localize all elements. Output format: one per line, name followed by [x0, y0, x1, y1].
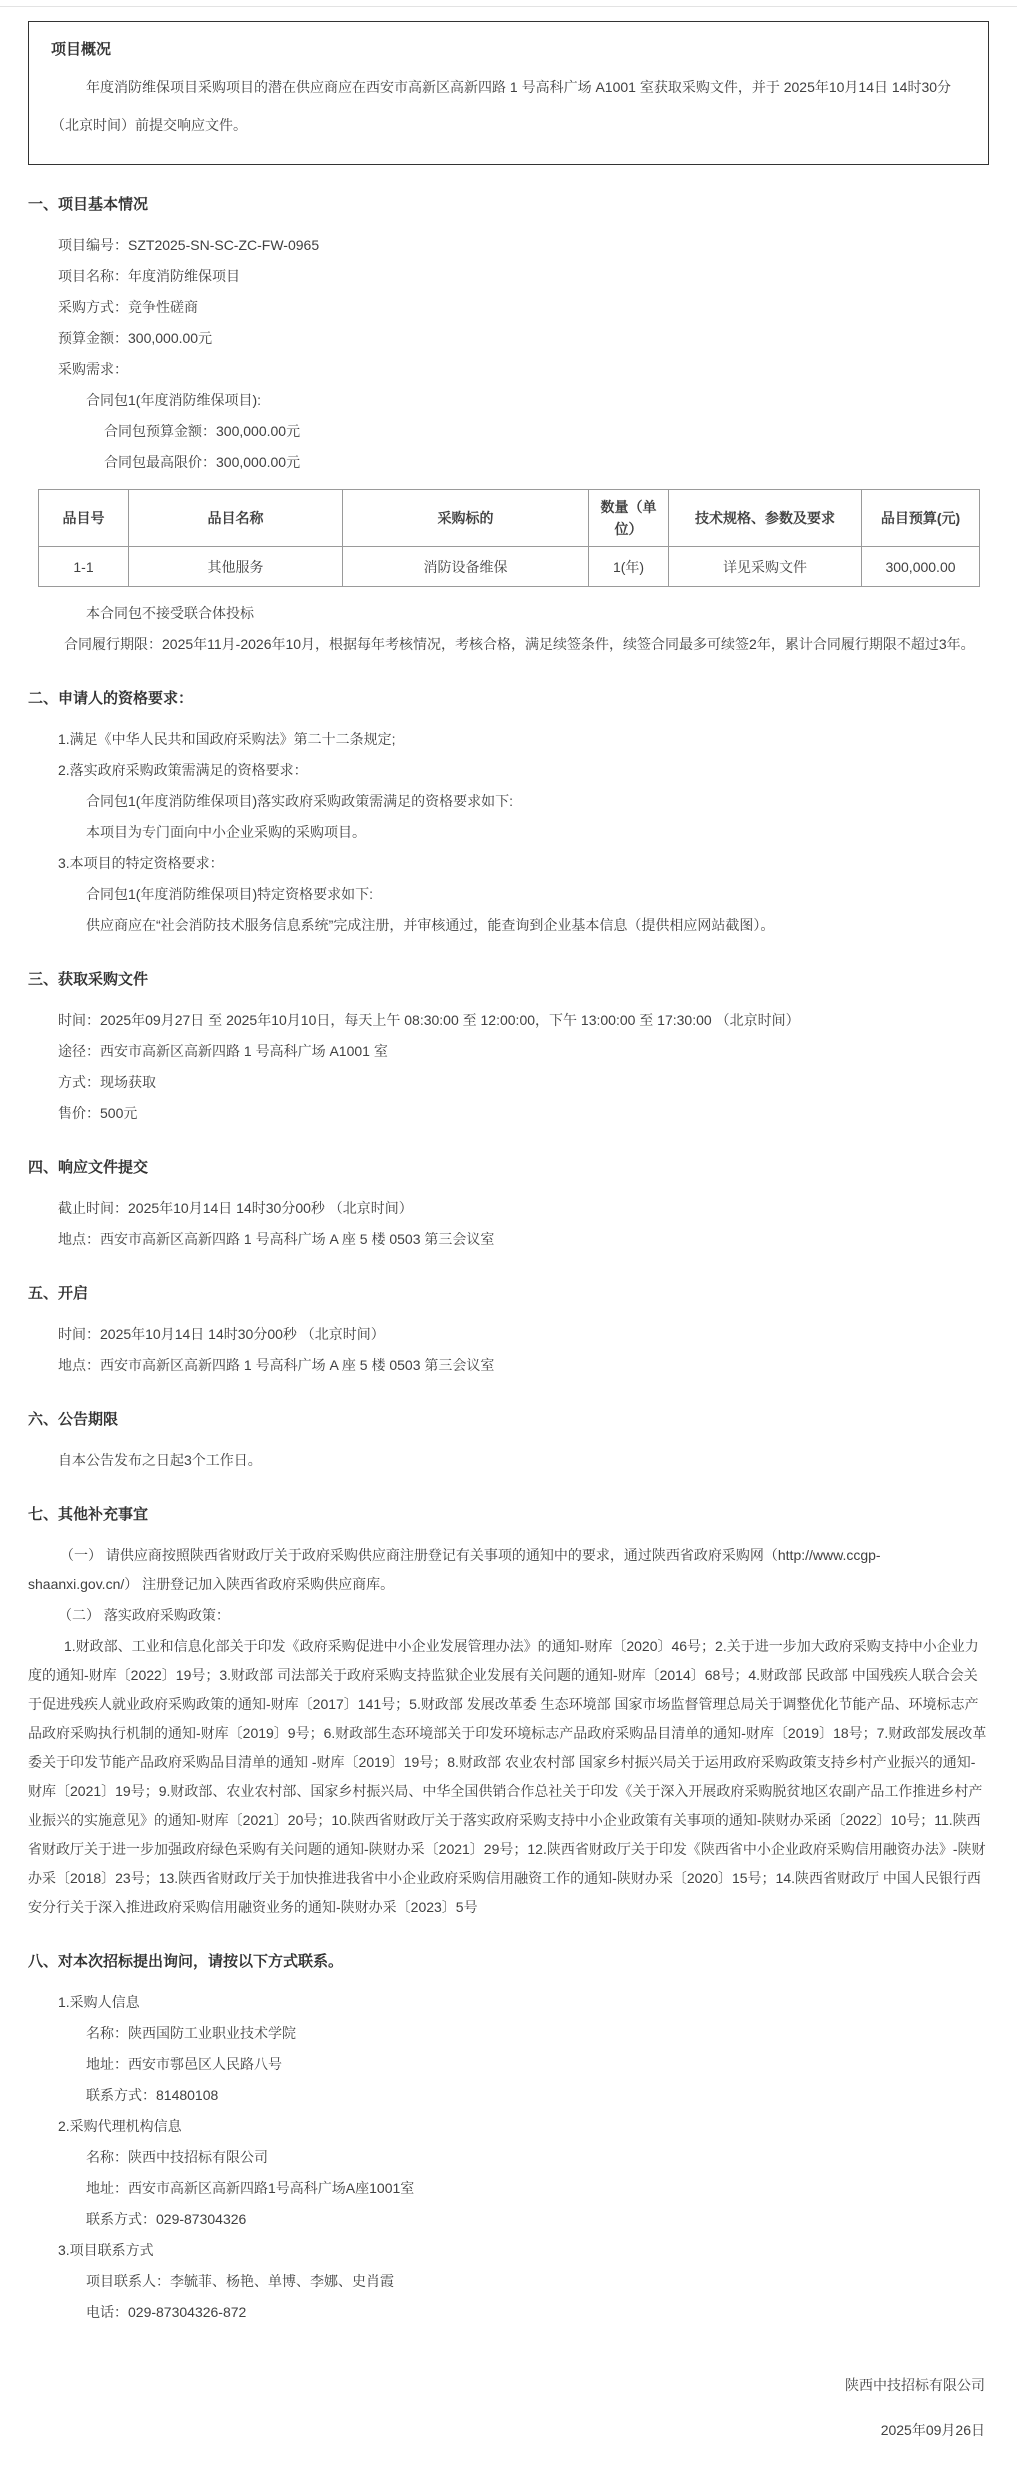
table-header-target: 采购标的 — [343, 490, 589, 547]
agent-address-line: 地址：西安市高新区高新四路1号高科广场A座1001室 — [28, 2174, 989, 2203]
table-row: 1-1 其他服务 消防设备维保 1(年) 详见采购文件 300,000.00 — [39, 547, 980, 587]
section-heading-response-submission: 四、响应文件提交 — [28, 1156, 989, 1180]
section-heading-opening: 五、开启 — [28, 1282, 989, 1306]
table-cell-budget: 300,000.00 — [862, 547, 980, 587]
obtain-price-line: 售价：500元 — [28, 1099, 989, 1128]
qualification-item-3: 3.本项目的特定资格要求： — [28, 849, 989, 878]
project-number-line: 项目编号：SZT2025-SN-SC-ZC-FW-0965 — [28, 231, 989, 260]
supplement-paragraph-2: （二） 落实政府采购政策： — [28, 1601, 989, 1630]
project-phone-line: 电话：029-87304326-872 — [28, 2298, 989, 2327]
qualification-item-3-sub-2: 供应商应在“社会消防技术服务信息系统”完成注册，并审核通过，能查询到企业基本信息… — [28, 911, 989, 940]
no-consortium-line: 本合同包不接受联合体投标 — [28, 599, 989, 628]
signature-company: 陕西中技招标有限公司 — [28, 2371, 985, 2400]
section-heading-supplement: 七、其他补充事宜 — [28, 1503, 989, 1527]
obtain-method-line: 方式：现场获取 — [28, 1068, 989, 1097]
table-cell-item-name: 其他服务 — [129, 547, 343, 587]
procurement-items-table: 品目号 品目名称 采购标的 数量（单位） 技术规格、参数及要求 品目预算(元) … — [38, 489, 980, 587]
table-header-budget: 品目预算(元) — [862, 490, 980, 547]
signature-date: 2025年09月26日 — [28, 2416, 985, 2445]
section-heading-notice-period: 六、公告期限 — [28, 1408, 989, 1432]
overview-title: 项目概况 — [51, 36, 966, 64]
table-cell-item-no: 1-1 — [39, 547, 129, 587]
procurement-method-line: 采购方式：竞争性磋商 — [28, 293, 989, 322]
agent-name-line: 名称：陕西中技招标有限公司 — [28, 2143, 989, 2172]
table-header-item-name: 品目名称 — [129, 490, 343, 547]
buyer-phone-line: 联系方式：81480108 — [28, 2081, 989, 2110]
project-contact-title: 3.项目联系方式 — [28, 2236, 989, 2265]
buyer-address-line: 地址：西安市鄠邑区人民路八号 — [28, 2050, 989, 2079]
section-heading-contact: 八、对本次招标提出询问，请按以下方式联系。 — [28, 1950, 989, 1974]
supplement-paragraph-1: （一） 请供应商按照陕西省财政厅关于政府采购供应商注册登记有关事项的通知中的要求… — [28, 1541, 989, 1599]
demand-label-line: 采购需求： — [28, 355, 989, 384]
qualification-item-2-sub-2: 本项目为专门面向中小企业采购的采购项目。 — [28, 818, 989, 847]
submission-deadline-line: 截止时间：2025年10月14日 14时30分00秒 （北京时间） — [28, 1194, 989, 1223]
section-heading-basic-info: 一、项目基本情况 — [28, 193, 989, 217]
contract-package-title-line: 合同包1(年度消防维保项目): — [28, 386, 989, 415]
notice-period-line: 自本公告发布之日起3个工作日。 — [28, 1446, 989, 1475]
qualification-item-3-sub-1: 合同包1(年度消防维保项目)特定资格要求如下: — [28, 880, 989, 909]
qualification-item-2: 2.落实政府采购政策需满足的资格要求： — [28, 756, 989, 785]
buyer-name-line: 名称：陕西国防工业职业技术学院 — [28, 2019, 989, 2048]
table-cell-spec: 详见采购文件 — [669, 547, 862, 587]
announcement-page: 项目概况 年度消防维保项目采购项目的潜在供应商应在西安市高新区高新四路 1 号高… — [0, 0, 1017, 2487]
table-header-quantity: 数量（单位） — [589, 490, 669, 547]
overview-body: 年度消防维保项目采购项目的潜在供应商应在西安市高新区高新四路 1 号高科广场 A… — [51, 68, 966, 144]
agent-info-title: 2.采购代理机构信息 — [28, 2112, 989, 2141]
project-name-line: 项目名称：年度消防维保项目 — [28, 262, 989, 291]
table-header-row: 品目号 品目名称 采购标的 数量（单位） 技术规格、参数及要求 品目预算(元) — [39, 490, 980, 547]
qualification-item-1: 1.满足《中华人民共和国政府采购法》第二十二条规定; — [28, 725, 989, 754]
package-price-cap-line: 合同包最高限价：300,000.00元 — [28, 448, 989, 477]
section-heading-qualification: 二、申请人的资格要求： — [28, 687, 989, 711]
table-header-spec: 技术规格、参数及要求 — [669, 490, 862, 547]
buyer-info-title: 1.采购人信息 — [28, 1988, 989, 2017]
project-overview-box: 项目概况 年度消防维保项目采购项目的潜在供应商应在西安市高新区高新四路 1 号高… — [28, 21, 989, 165]
agent-phone-line: 联系方式：029-87304326 — [28, 2205, 989, 2234]
obtain-channel-line: 途径：西安市高新区高新四路 1 号高科广场 A1001 室 — [28, 1037, 989, 1066]
qualification-item-2-sub-1: 合同包1(年度消防维保项目)落实政府采购政策需满足的资格要求如下: — [28, 787, 989, 816]
obtain-time-line: 时间：2025年09月27日 至 2025年10月10日，每天上午 08:30:… — [28, 1006, 989, 1035]
submission-location-line: 地点：西安市高新区高新四路 1 号高科广场 A 座 5 楼 0503 第三会议室 — [28, 1225, 989, 1254]
project-contacts-line: 项目联系人：李毓菲、杨艳、单博、李娜、史肖霞 — [28, 2267, 989, 2296]
section-heading-obtain-documents: 三、获取采购文件 — [28, 968, 989, 992]
signature-block: 陕西中技招标有限公司 2025年09月26日 — [28, 2371, 989, 2445]
budget-amount-line: 预算金额：300,000.00元 — [28, 324, 989, 353]
opening-time-line: 时间：2025年10月14日 14时30分00秒 （北京时间） — [28, 1320, 989, 1349]
top-divider — [0, 0, 1017, 7]
table-header-item-no: 品目号 — [39, 490, 129, 547]
opening-location-line: 地点：西安市高新区高新四路 1 号高科广场 A 座 5 楼 0503 第三会议室 — [28, 1351, 989, 1380]
table-cell-target: 消防设备维保 — [343, 547, 589, 587]
table-cell-quantity: 1(年) — [589, 547, 669, 587]
contract-duration-paragraph: 合同履行期限：2025年11月-2026年10月，根据每年考核情况，考核合格，满… — [28, 630, 989, 659]
package-budget-line: 合同包预算金额：300,000.00元 — [28, 417, 989, 446]
supplement-policy-list-paragraph: 1.财政部、工业和信息化部关于印发《政府采购促进中小企业发展管理办法》的通知-财… — [28, 1632, 989, 1922]
